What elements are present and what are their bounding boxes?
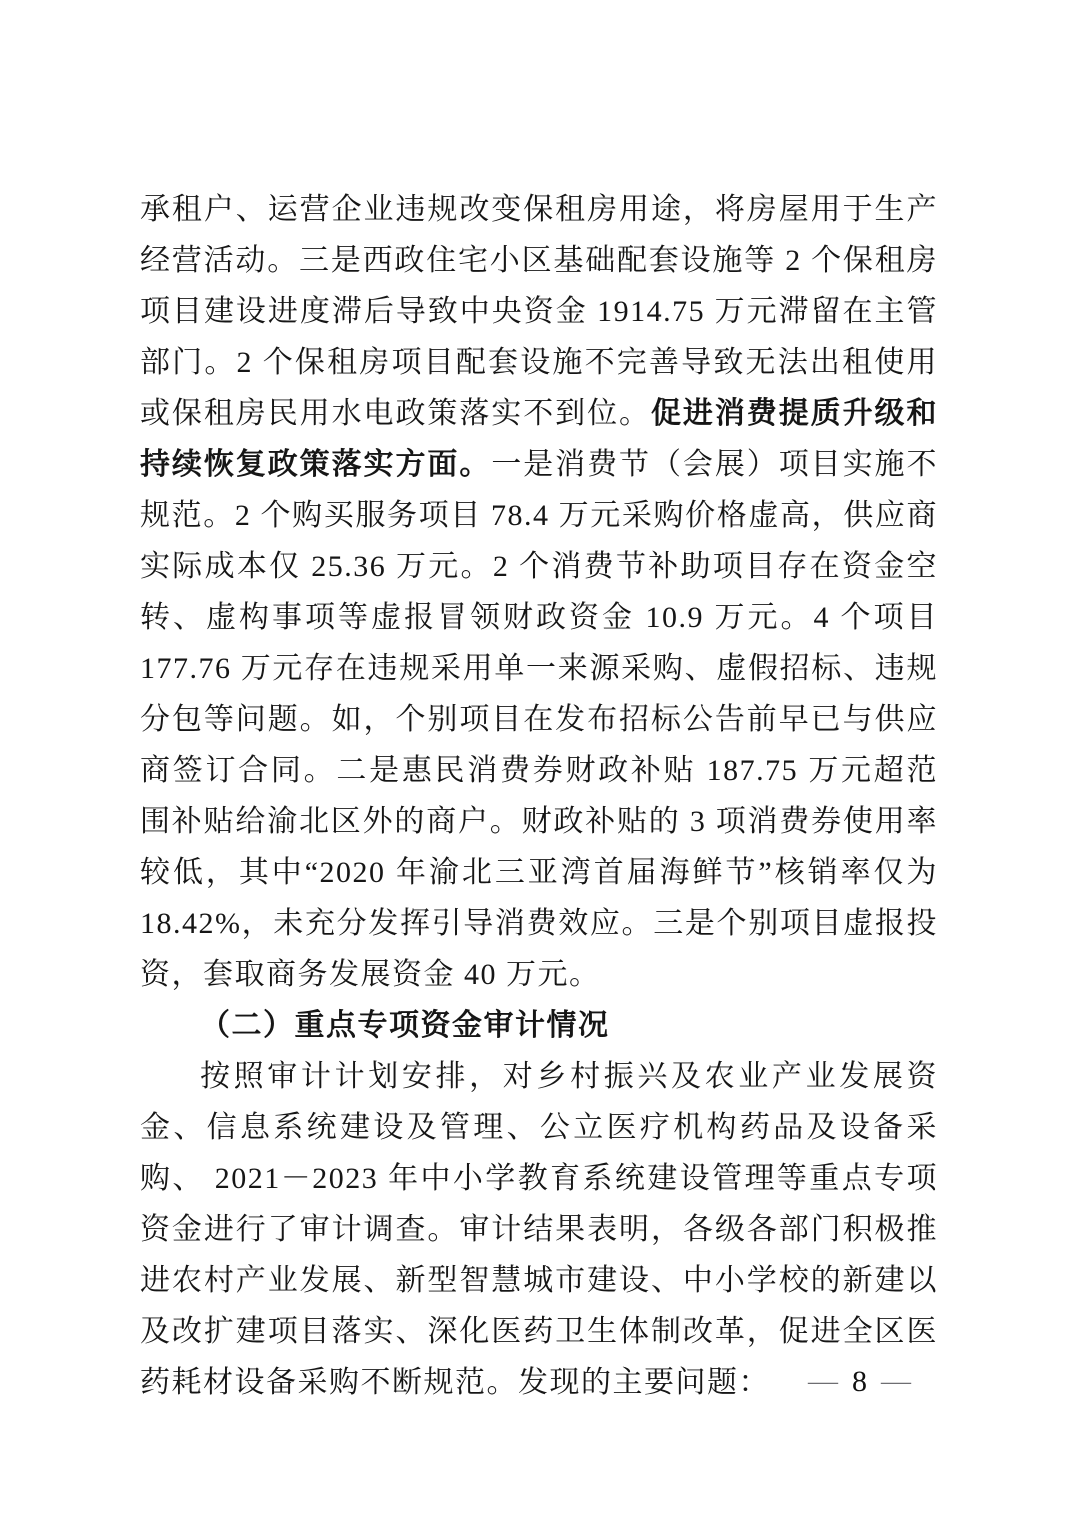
paragraph: （二）重点专项资金审计情况 xyxy=(140,1000,938,1051)
text-run: 一是消费节（会展）项目实施不规范。2 个购买服务项目 78.4 万元采购价格虚高… xyxy=(140,448,938,991)
text-run: 承租户、运营企业违规改变保租房用途，将房屋用于生产经营活动。三是西政住宅小区基础… xyxy=(140,193,938,430)
page-number: — 8 — xyxy=(808,1362,911,1402)
page-number-value: 8 xyxy=(852,1362,867,1402)
text-run: 按照审计计划安排，对乡村振兴及农业产业发展资金、信息系统建设及管理、公立医疗机构… xyxy=(140,1060,938,1399)
page-number-left-dash: — xyxy=(808,1366,838,1398)
page-number-right-dash: — xyxy=(881,1366,911,1398)
paragraph: 按照审计计划安排，对乡村振兴及农业产业发展资金、信息系统建设及管理、公立医疗机构… xyxy=(140,1051,938,1408)
document-body: 承租户、运营企业违规改变保租房用途，将房屋用于生产经营活动。三是西政住宅小区基础… xyxy=(140,184,938,1408)
bold-text-run: （二）重点专项资金审计情况 xyxy=(200,1009,610,1042)
paragraph: 承租户、运营企业违规改变保租房用途，将房屋用于生产经营活动。三是西政住宅小区基础… xyxy=(140,184,938,1000)
